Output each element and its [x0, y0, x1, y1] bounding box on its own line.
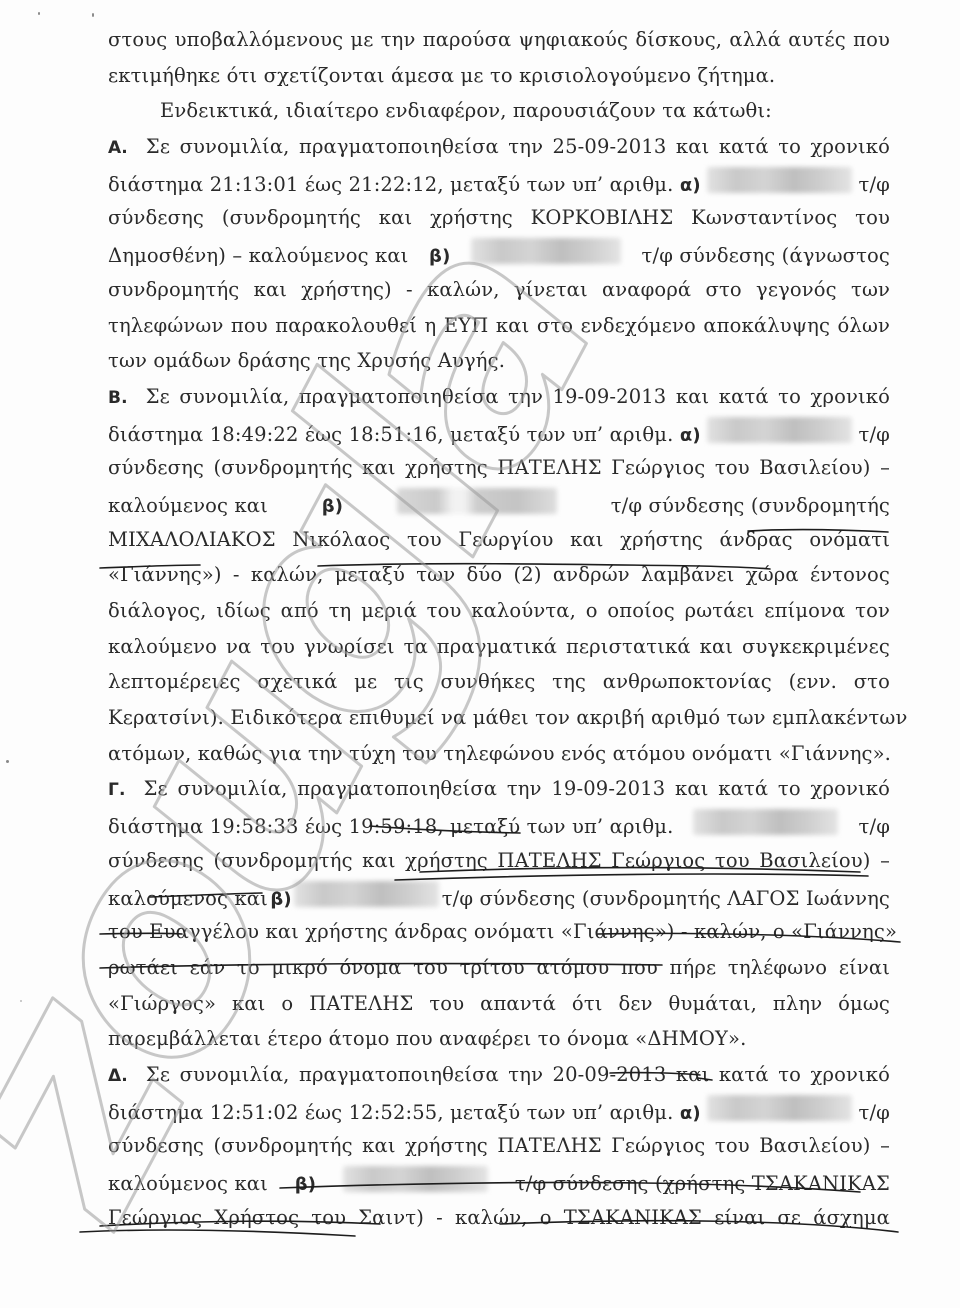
line-text: τ/φ σύνδεσης (συνδρομητής ΛΑΓΟΣ Ιωάννης	[442, 881, 890, 917]
redacted-phone-number	[294, 881, 439, 907]
redacted-phone-number	[707, 1095, 852, 1121]
text-line: συνδρομητής και χρήστης) - καλών, γίνετα…	[108, 272, 890, 308]
line-text: τ/φ	[859, 809, 890, 845]
text-line: «Γιάννης») - καλών, μεταξύ των δύο (2) α…	[108, 557, 890, 593]
text-line: Δ.Σε συνομιλία, πραγματοποιηθείσα την 20…	[108, 1057, 890, 1093]
text-line: σύνδεσης (συνδρομητής και χρήστης ΠΑΤΕΛΗ…	[108, 450, 890, 486]
text-line: Α.Σε συνομιλία, πραγματοποιηθείσα την 25…	[108, 129, 890, 165]
redacted-phone-number	[343, 1166, 488, 1192]
line-text: Σε συνομιλία, πραγματοποιηθείσα την 25-0…	[146, 129, 890, 165]
sections-container: Α.Σε συνομιλία, πραγματοποιηθείσα την 25…	[108, 129, 890, 1235]
text-line: των ομάδων δράσης της Χρυσής Αυγής.	[108, 343, 890, 379]
document-body: στους υποβαλλόμενους με την παρούσα ψηφι…	[108, 22, 890, 1235]
text-line: Β.Σε συνομιλία, πραγματοποιηθείσα την 19…	[108, 379, 890, 415]
line-text: «Γιώργος» και ο ΠΑΤΕΛΗΣ του απαντά ότι δ…	[108, 986, 890, 1022]
line-text: ατόμων, καθώς για την τύχη του τηλεφώνου…	[108, 736, 891, 772]
section-marker: Γ.	[108, 773, 126, 809]
section-marker: Α.	[108, 131, 128, 167]
redacted-phone-number	[397, 488, 557, 514]
line-text: διάστημα 19:58:33 έως 19:59:18, μεταξύ τ…	[108, 809, 673, 845]
line-text: των ομάδων δράσης της Χρυσής Αυγής.	[108, 343, 505, 379]
line-text: Γεώργιος Χρήστος του Σαιντ) - καλών, ο Τ…	[108, 1200, 890, 1236]
text-line: λεπτομέρειες σχετικά με τις συνθήκες της…	[108, 664, 890, 700]
text-line: διάστημα 21:13:01 έως 21:22:12, μεταξύ τ…	[108, 165, 890, 201]
line-text: τ/φ	[859, 417, 890, 453]
line-text: στους υποβαλλόμενους με την παρούσα ψηφι…	[108, 22, 890, 58]
text-line: σύνδεσης (συνδρομητής και χρήστης ΠΑΤΕΛΗ…	[108, 843, 890, 879]
text-line: Γεώργιος Χρήστος του Σαιντ) - καλών, ο Τ…	[108, 1200, 890, 1236]
line-text: τ/φ	[859, 1095, 890, 1131]
text-line: Κερατσίνι). Ειδικότερα επιθυμεί να μάθει…	[108, 700, 890, 736]
line-text: λεπτομέρειες σχετικά με τις συνθήκες της…	[108, 664, 890, 700]
text-line: διάστημα 18:49:22 έως 18:51:16, μεταξύ τ…	[108, 415, 890, 451]
line-text: Κερατσίνι). Ειδικότερα επιθυμεί να μάθει…	[108, 700, 907, 736]
party-label: β)	[429, 239, 450, 275]
line-text: σύνδεσης (συνδρομητής και χρήστης ΠΑΤΕΛΗ…	[108, 1128, 890, 1164]
line-text: ΜΙΧΑΛΟΛΙΑΚΟΣ Νικόλαος του Γεωργίου και χ…	[108, 522, 890, 558]
text-line: διάλογος, ιδίως από τη μεριά του καλούντ…	[108, 593, 890, 629]
party-label: β)	[295, 1167, 316, 1203]
text-line: εκτιμήθηκε ότι σχετίζονται άμεσα με το κ…	[108, 58, 890, 94]
line-text: καλούμενος και	[108, 1166, 268, 1202]
line-text: παρεμβάλλεται έτερο άτομο που αναφέρει τ…	[108, 1021, 746, 1057]
line-text: Σε συνομιλία, πραγματοποιηθείσα την 20-0…	[146, 1057, 890, 1093]
line-text: σύνδεσης (συνδρομητής και χρήστης ΠΑΤΕΛΗ…	[108, 450, 890, 486]
text-line: στους υποβαλλόμενους με την παρούσα ψηφι…	[108, 22, 890, 58]
text-line: του Ευαγγέλου και χρήστης άνδρας ονόματι…	[108, 914, 890, 950]
text-line: διάστημα 12:51:02 έως 12:52:55, μεταξύ τ…	[108, 1093, 890, 1129]
text-line: Δημοσθένη) – καλούμενος καιβ)τ/φ σύνδεση…	[108, 236, 890, 272]
text-line: καλούμενος καιβ)τ/φ σύνδεσης (συνδρομητή…	[108, 486, 890, 522]
party-label: α)	[680, 1096, 701, 1132]
scanned-document-page: στους υποβαλλόμενους με την παρούσα ψηφι…	[0, 0, 960, 1308]
party-label: α)	[680, 168, 701, 204]
line-text: τηλεφώνων που παρακολουθεί η ΕΥΠ και στο…	[108, 308, 890, 344]
redacted-phone-number	[471, 238, 621, 264]
text-line: ΜΙΧΑΛΟΛΙΑΚΟΣ Νικόλαος του Γεωργίου και χ…	[108, 522, 890, 558]
party-label: β)	[270, 882, 291, 918]
line-text: του Ευαγγέλου και χρήστης άνδρας ονόματι…	[108, 914, 897, 950]
section-marker: Β.	[108, 381, 128, 417]
line-text: ρωτάει εάν το μικρό όνομα του τρίτου ατό…	[108, 950, 890, 986]
text-line: ατόμων, καθώς για την τύχη του τηλεφώνου…	[108, 736, 890, 772]
redacted-phone-number	[707, 167, 852, 193]
redacted-phone-number	[707, 417, 852, 443]
line-text: διάστημα 21:13:01 έως 21:22:12, μεταξύ τ…	[108, 167, 673, 203]
line-text: τ/φ σύνδεσης (συνδρομητής	[611, 488, 890, 524]
text-line: τηλεφώνων που παρακολουθεί η ΕΥΠ και στο…	[108, 308, 890, 344]
line-text: Δημοσθένη) – καλούμενος και	[108, 238, 408, 274]
text-line: καλούμενος καιβ)τ/φ σύνδεσης (χρήστης ΤΣ…	[108, 1164, 890, 1200]
line-text: σύνδεσης (συνδρομητής και χρήστης ΠΑΤΕΛΗ…	[108, 843, 890, 879]
party-label: α)	[680, 418, 701, 454]
line-text: συνδρομητής και χρήστης) - καλών, γίνετα…	[108, 272, 890, 308]
line-text: «Γιάννης») - καλών, μεταξύ των δύο (2) α…	[108, 557, 890, 593]
text-line: καλούμενο να του γνωρίσει τα πραγματικά …	[108, 629, 890, 665]
text-line: «Γιώργος» και ο ΠΑΤΕΛΗΣ του απαντά ότι δ…	[108, 986, 890, 1022]
line-text: σύνδεσης (συνδρομητής και χρήστης ΚΟΡΚΟΒ…	[108, 200, 890, 236]
line-text: διάλογος, ιδίως από τη μεριά του καλούντ…	[108, 593, 890, 629]
line-text: διάστημα 18:49:22 έως 18:51:16, μεταξύ τ…	[108, 417, 673, 453]
line-text: διάστημα 12:51:02 έως 12:52:55, μεταξύ τ…	[108, 1095, 673, 1131]
redacted-phone-number	[693, 809, 838, 835]
text-line: σύνδεσης (συνδρομητής και χρήστης ΚΟΡΚΟΒ…	[108, 200, 890, 236]
line-text: εκτιμήθηκε ότι σχετίζονται άμεσα με το κ…	[108, 58, 775, 94]
text-line: Ενδεικτικά, ιδιαίτερο ενδιαφέρον, παρουσ…	[108, 93, 890, 129]
line-text: τ/φ σύνδεσης (χρήστης ΤΣΑΚΑΝΙΚΑΣ	[515, 1166, 890, 1202]
party-label: β)	[322, 489, 343, 525]
section-marker: Δ.	[108, 1059, 128, 1095]
text-line: παρεμβάλλεται έτερο άτομο που αναφέρει τ…	[108, 1021, 890, 1057]
line-text: τ/φ	[859, 167, 890, 203]
line-text: τ/φ σύνδεσης (άγνωστος	[642, 238, 890, 274]
line-text: καλούμενος και	[108, 488, 268, 524]
line-text: Ενδεικτικά, ιδιαίτερο ενδιαφέρον, παρουσ…	[160, 93, 772, 129]
text-line: καλούμενος καιβ)τ/φ σύνδεσης (συνδρομητή…	[108, 879, 890, 915]
text-line: Γ.Σε συνομιλία, πραγματοποιηθείσα την 19…	[108, 771, 890, 807]
text-line: διάστημα 19:58:33 έως 19:59:18, μεταξύ τ…	[108, 807, 890, 843]
line-text: καλούμενος και	[108, 881, 268, 917]
line-text: καλούμενο να του γνωρίσει τα πραγματικά …	[108, 629, 890, 665]
text-line: ρωτάει εάν το μικρό όνομα του τρίτου ατό…	[108, 950, 890, 986]
text-line: σύνδεσης (συνδρομητής και χρήστης ΠΑΤΕΛΗ…	[108, 1128, 890, 1164]
line-text: Σε συνομιλία, πραγματοποιηθείσα την 19-0…	[144, 771, 890, 807]
line-text: Σε συνομιλία, πραγματοποιηθείσα την 19-0…	[146, 379, 890, 415]
